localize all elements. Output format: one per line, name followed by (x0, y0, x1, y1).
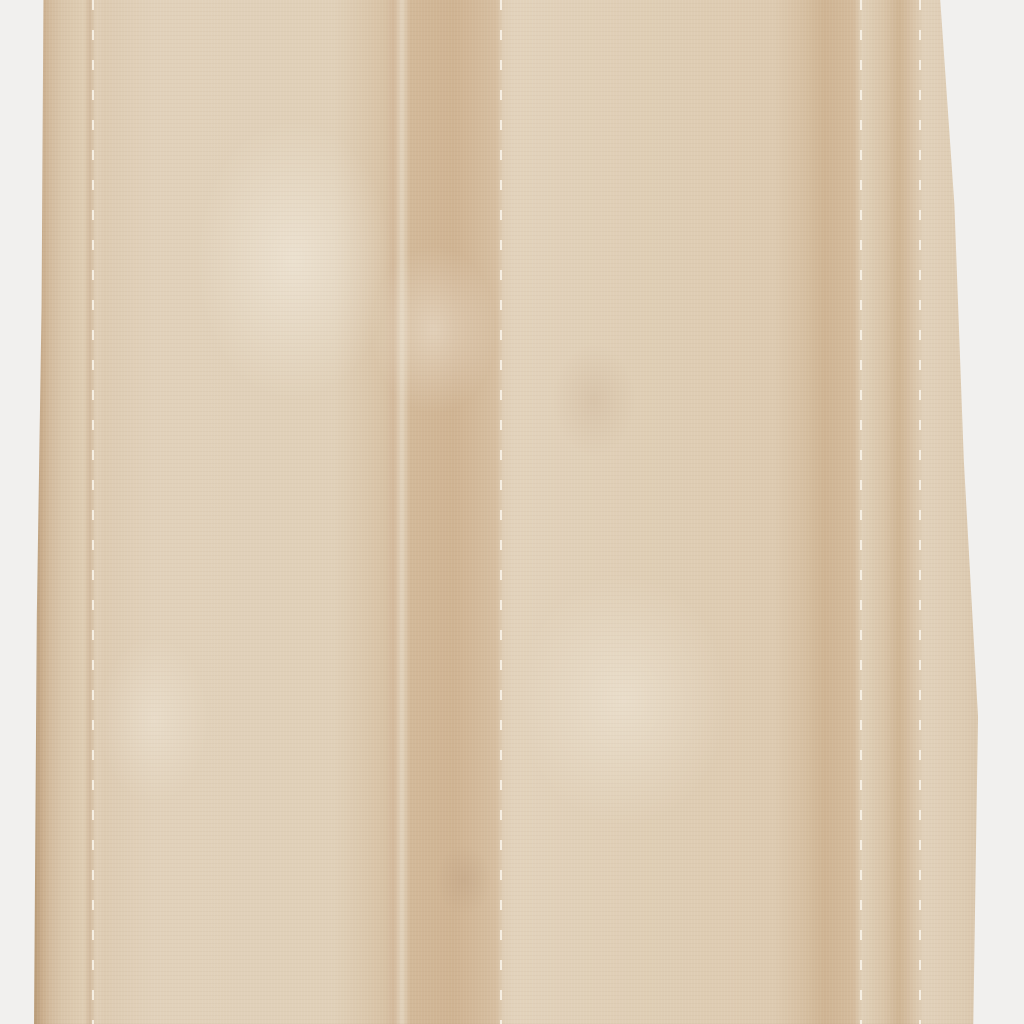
stripe-pattern-line (92, 0, 94, 1024)
weave-texture (34, 0, 978, 1024)
stripe-pattern-line (860, 0, 862, 1024)
stripe-pattern-line (919, 0, 921, 1024)
textile-fragment (34, 0, 978, 1024)
stripe-pattern-line (500, 0, 502, 1024)
